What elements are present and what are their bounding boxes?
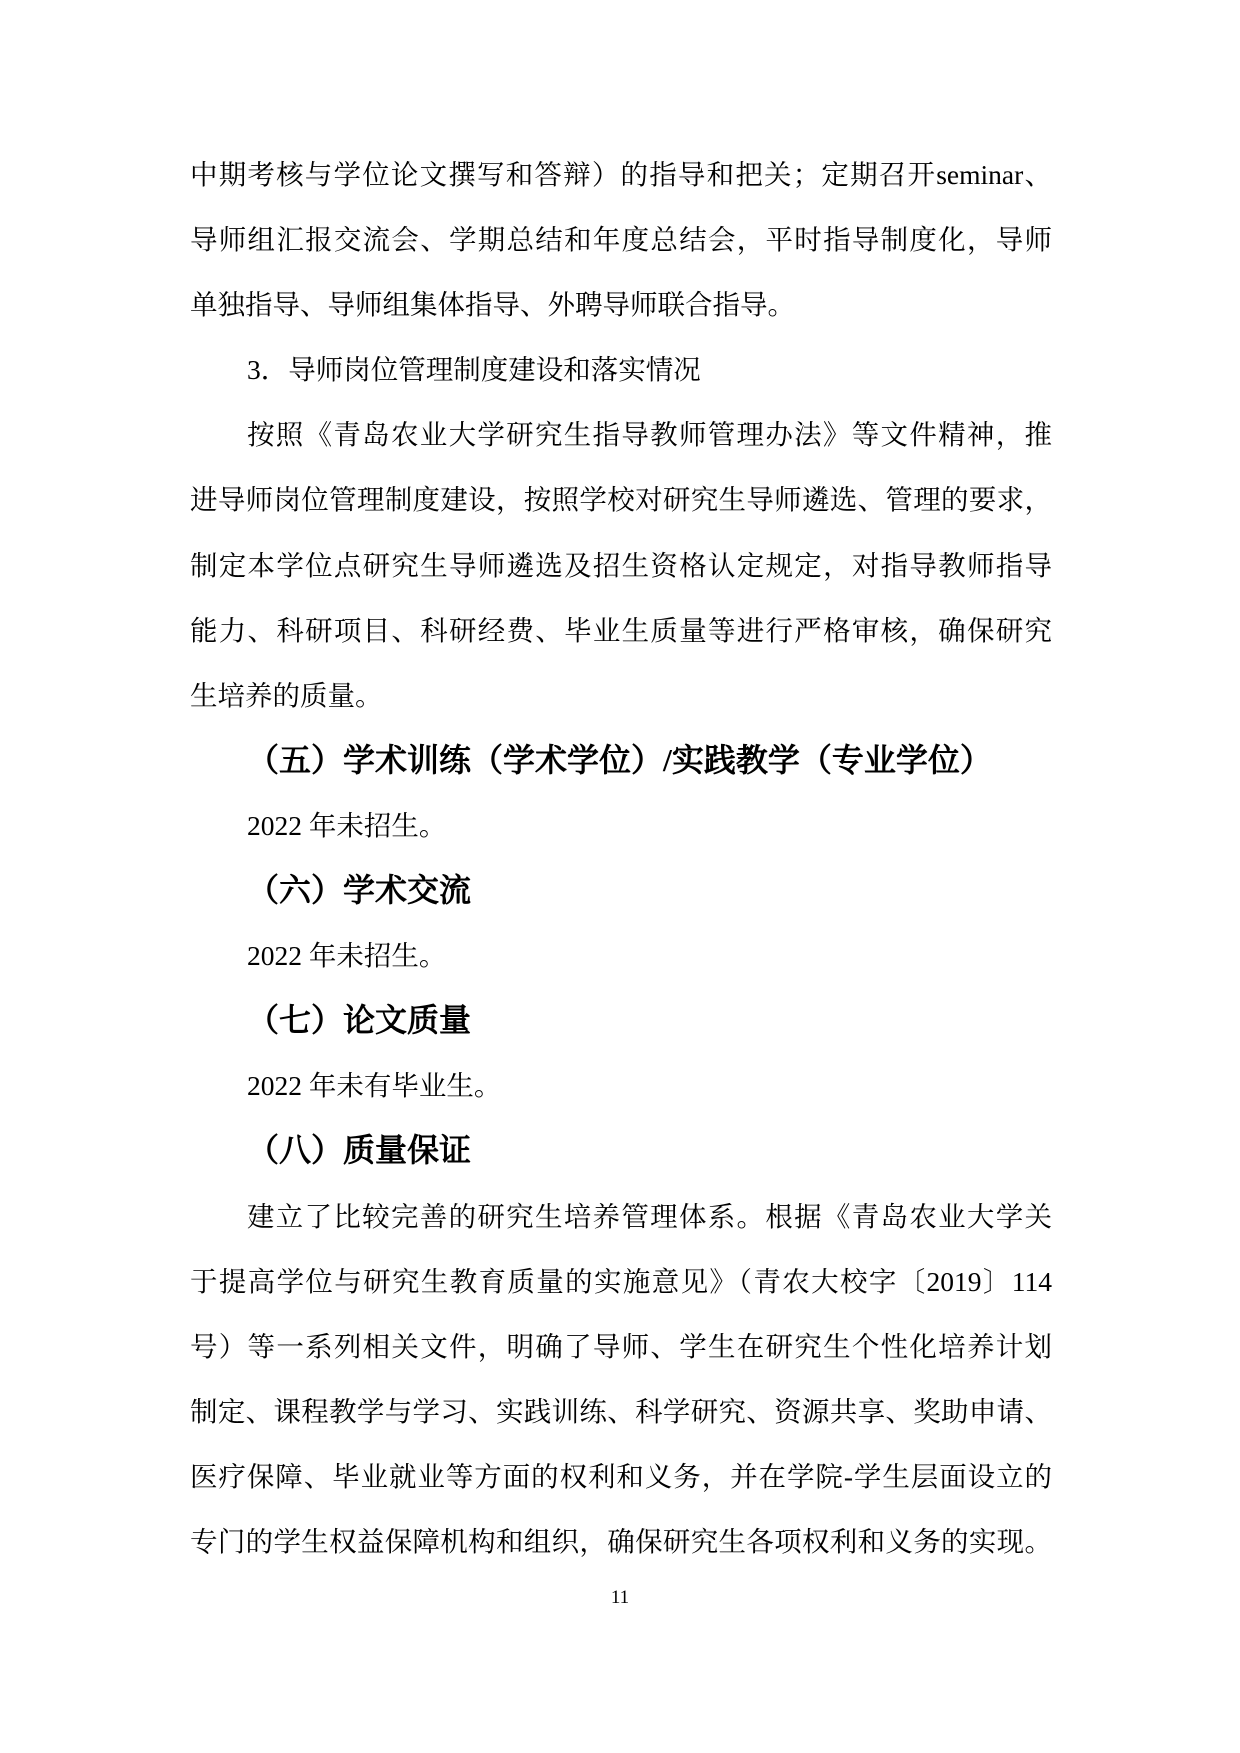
section-heading: （八）质量保证 <box>190 1118 1052 1183</box>
body-line: 中期考核与学位论文撰写和答辩）的指导和把关；定期召开seminar、 <box>190 142 1052 207</box>
body-line: 专门的学生权益保障机构和组织，确保研究生各项权利和义务的实现。 <box>190 1509 1052 1574</box>
body-line: 医疗保障、毕业就业等方面的权利和义务，并在学院-学生层面设立的 <box>190 1444 1052 1509</box>
body-line: 按照《青岛农业大学研究生指导教师管理办法》等文件精神，推 <box>190 402 1052 467</box>
body-line: 2022 年未有毕业生。 <box>190 1053 1052 1118</box>
body-line: 号）等一系列相关文件，明确了导师、学生在研究生个性化培养计划 <box>190 1314 1052 1379</box>
body-line: 进导师岗位管理制度建设，按照学校对研究生导师遴选、管理的要求， <box>190 467 1052 532</box>
body-line: 生培养的质量。 <box>190 663 1052 728</box>
body-line: 制定本学位点研究生导师遴选及招生资格认定规定，对指导教师指导 <box>190 533 1052 598</box>
body-line: 2022 年未招生。 <box>190 793 1052 858</box>
section-heading: （七）论文质量 <box>190 988 1052 1053</box>
body-line: 建立了比较完善的研究生培养管理体系。根据《青岛农业大学关 <box>190 1184 1052 1249</box>
document-page: 中期考核与学位论文撰写和答辩）的指导和把关；定期召开seminar、 导师组汇报… <box>0 0 1240 1753</box>
body-line: 于提高学位与研究生教育质量的实施意见》（青农大校字〔2019〕114 <box>190 1249 1052 1314</box>
body-line: 制定、课程教学与学习、实践训练、科学研究、资源共享、奖助申请、 <box>190 1379 1052 1444</box>
body-line: 能力、科研项目、科研经费、毕业生质量等进行严格审核，确保研究 <box>190 598 1052 663</box>
body-line: 单独指导、导师组集体指导、外聘导师联合指导。 <box>190 272 1052 337</box>
body-line: 导师组汇报交流会、学期总结和年度总结会，平时指导制度化，导师 <box>190 207 1052 272</box>
section-heading: （六）学术交流 <box>190 858 1052 923</box>
body-line: 2022 年未招生。 <box>190 923 1052 988</box>
page-number: 11 <box>0 1586 1240 1610</box>
document-body: 中期考核与学位论文撰写和答辩）的指导和把关；定期召开seminar、 导师组汇报… <box>190 142 1052 1574</box>
section-heading: （五）学术训练（学术学位）/实践教学（专业学位） <box>190 728 1052 793</box>
subsection-title: 3．导师岗位管理制度建设和落实情况 <box>190 337 1052 402</box>
